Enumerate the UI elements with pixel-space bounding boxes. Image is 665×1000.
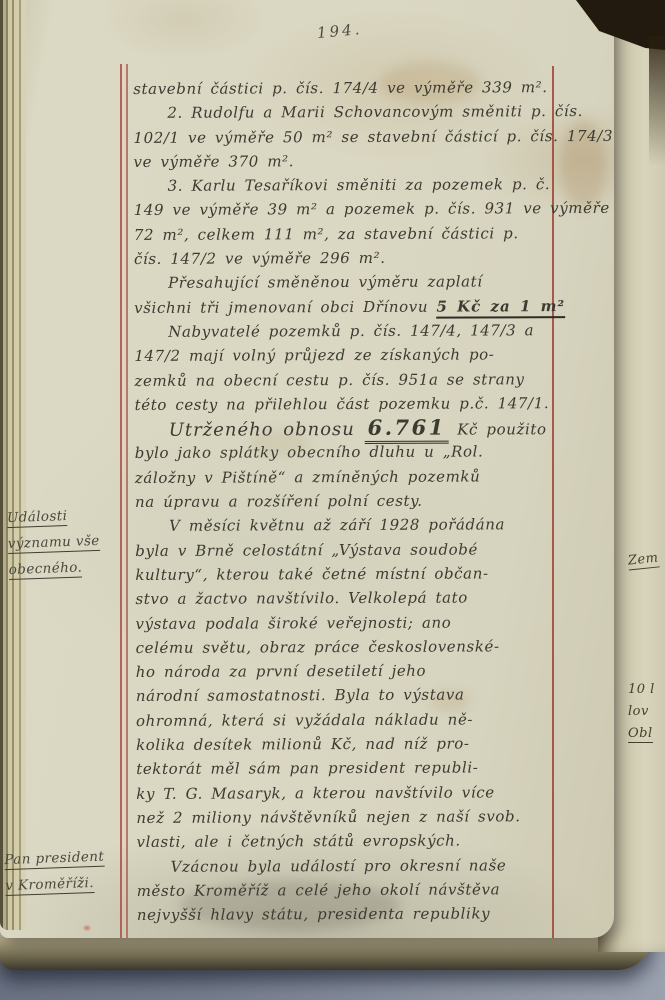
handwritten-text: bylo jako splátky obecního dluhu u „Rol. bbox=[135, 443, 484, 463]
handwritten-text: ho národa za první desetiletí jeho bbox=[136, 662, 427, 681]
neighbor-page-fragment: Obl bbox=[628, 726, 653, 743]
ink-speck bbox=[84, 926, 90, 930]
book-photo: Zem10 llovObl 194. Událostivýznamu všeob… bbox=[0, 0, 665, 1000]
text-line: této cesty na přilehlou část pozemku p.č… bbox=[135, 391, 571, 417]
page-number: 194. bbox=[316, 20, 363, 42]
handwritten-text: V měsíci květnu až září 1928 pořádána bbox=[169, 516, 505, 535]
margin-note-line: v Kroměříži. bbox=[5, 875, 94, 896]
text-line: zemků na obecní cestu p. čís. 951a se st… bbox=[134, 367, 570, 393]
text-line: byla v Brně celostátní „Výstava soudobé bbox=[135, 537, 571, 563]
handwritten-text: kultury“, kterou také četné místní občan… bbox=[135, 564, 488, 584]
margin-note-president: Pan presidentv Kroměříži. bbox=[4, 848, 124, 904]
text-line: Přesahující směněnou výměru zaplatí bbox=[134, 269, 570, 295]
text-line: Utrženého obnosu 6.761 Kč použito bbox=[135, 415, 571, 441]
handwritten-text: kolika desítek milionů Kč, nad níž pro- bbox=[136, 735, 470, 754]
handwritten-text: 72 m², celkem 111 m², za stavební částic… bbox=[134, 224, 519, 244]
text-line: 2. Rudolfu a Marii Schovancovým směniti … bbox=[133, 99, 569, 125]
body-text: stavební částici p. čís. 174/4 ve výměře… bbox=[133, 75, 573, 927]
chronicle-page: 194. Událostivýznamu všeobecného. Pan pr… bbox=[0, 0, 614, 938]
text-line: bylo jako splátky obecního dluhu u „Rol. bbox=[135, 440, 571, 466]
gutter-shadow bbox=[649, 36, 665, 166]
text-line: ohromná, která si vyžádala nákladu ně- bbox=[136, 707, 572, 733]
text-line: kultury“, kterou také četné místní občan… bbox=[135, 561, 571, 587]
handwritten-text: čís. 147/2 ve výměře 296 m². bbox=[134, 249, 386, 268]
text-line: ho národa za první desetiletí jeho bbox=[136, 658, 572, 684]
text-line: tektorát měl sám pan president republi- bbox=[136, 755, 572, 781]
margin-note-line: významu vše bbox=[8, 533, 100, 554]
margin-note-line: obecného. bbox=[8, 559, 82, 580]
handwritten-text: této cesty na přilehlou část pozemku p.č… bbox=[135, 394, 550, 414]
handwritten-text: 149 ve výměře 39 m² a pozemek p. čís. 93… bbox=[134, 199, 610, 219]
text-line: než 2 miliony návštěvníků nejen z naší s… bbox=[136, 804, 572, 830]
text-line: kolika desítek milionů Kč, nad níž pro- bbox=[136, 731, 572, 757]
handwritten-text: 2. Rudolfu a Marii Schovancovým směniti … bbox=[167, 102, 583, 122]
text-line: stavební částici p. čís. 174/4 ve výměře… bbox=[133, 75, 569, 101]
handwritten-text: než 2 miliony návštěvníků nejen z naší s… bbox=[136, 807, 520, 827]
page-stack-left-edge bbox=[0, 0, 30, 930]
handwritten-text: tektorát měl sám pan president republi- bbox=[136, 759, 478, 778]
emphasized-text: Utrženého obnosu bbox=[169, 419, 365, 441]
text-line: stvo a žactvo navštívilo. Velkolepá tato bbox=[135, 585, 571, 611]
handwritten-text: Přesahující směněnou výměru zaplatí bbox=[168, 273, 483, 292]
handwritten-text: 3. Karlu Tesaříkovi směniti za pozemek p… bbox=[168, 175, 551, 195]
text-line: všichni tři jmenovaní obci Dřínovu 5 Kč … bbox=[134, 294, 570, 320]
handwritten-text: ky T. G. Masaryk, a kterou navštívilo ví… bbox=[136, 783, 494, 803]
text-line: nejvyšší hlavy státu, presidenta republi… bbox=[137, 901, 573, 927]
text-line: 149 ve výměře 39 m² a pozemek p. čís. 93… bbox=[134, 197, 570, 223]
margin-rule-left-outer bbox=[120, 64, 122, 938]
handwritten-text: stvo a žactvo navštívilo. Velkolepá tato bbox=[135, 589, 468, 608]
margin-note-line: Pan president bbox=[4, 849, 104, 870]
text-line: 72 m², celkem 111 m², za stavební částic… bbox=[134, 221, 570, 247]
text-line: ky T. G. Masaryk, a kterou navštívilo ví… bbox=[136, 780, 572, 806]
handwritten-text: všichni tři jmenovaní obci Dřínovu bbox=[134, 297, 436, 316]
neighbor-page-fragment: lov bbox=[628, 704, 649, 719]
handwritten-text: na úpravu a rozšíření polní cesty. bbox=[135, 492, 423, 511]
text-line: 3. Karlu Tesaříkovi směniti za pozemek p… bbox=[134, 172, 570, 198]
text-line: celému světu, obraz práce československé… bbox=[136, 634, 572, 660]
handwritten-text: ohromná, která si vyžádala nákladu ně- bbox=[136, 710, 473, 729]
text-line: V měsíci květnu až září 1928 pořádána bbox=[135, 512, 571, 538]
handwritten-text: stavební částici p. čís. 174/4 ve výměře… bbox=[133, 78, 548, 98]
margin-note-line: Události bbox=[7, 508, 68, 528]
text-line: národní samostatnosti. Byla to výstava bbox=[136, 682, 572, 708]
handwritten-text: Vzácnou byla událostí pro okresní naše bbox=[171, 856, 507, 875]
handwritten-text: celému světu, obraz práce československé… bbox=[136, 637, 500, 657]
handwritten-text: 102/1 ve výměře 50 m² se stavební částic… bbox=[133, 126, 613, 146]
text-line: výstava podala široké veřejnosti; ano bbox=[135, 610, 571, 636]
handwritten-text: národní samostatnosti. Byla to výstava bbox=[136, 686, 465, 705]
handwritten-text: 147/2 mají volný průjezd ze získaných po… bbox=[134, 346, 494, 366]
handwritten-text: Nabyvatelé pozemků p. čís. 147/4, 147/3 … bbox=[168, 321, 534, 341]
handwritten-text: ve výměře 370 m². bbox=[133, 152, 294, 171]
handwritten-text: zemků na obecní cestu p. čís. 951a se st… bbox=[134, 370, 524, 390]
handwritten-text: nejvyšší hlavy státu, presidenta republi… bbox=[137, 904, 490, 924]
handwritten-text: výstava podala široké veřejnosti; ano bbox=[135, 613, 451, 632]
text-line: ve výměře 370 m². bbox=[133, 148, 569, 174]
text-line: Nabyvatelé pozemků p. čís. 147/4, 147/3 … bbox=[134, 318, 570, 344]
handwritten-text: záložny v Pištíně“ a zmíněných pozemků bbox=[135, 467, 481, 487]
text-line: záložny v Pištíně“ a zmíněných pozemků bbox=[135, 464, 571, 490]
handwritten-text: byla v Brně celostátní „Výstava soudobé bbox=[135, 540, 478, 559]
margin-rule-left-inner bbox=[126, 64, 128, 938]
neighbor-page-fragment: 10 l bbox=[628, 682, 655, 697]
text-line: město Kroměříž a celé jeho okolí návštěv… bbox=[137, 877, 573, 903]
handwritten-text: Kč použito bbox=[449, 420, 547, 438]
neighbor-page-fragment: Zem bbox=[627, 550, 659, 570]
text-line: vlasti, ale i četných států evropských. bbox=[136, 828, 572, 854]
emphasized-text: 5 Kč za 1 m² bbox=[436, 297, 565, 319]
text-line: čís. 147/2 ve výměře 296 m². bbox=[134, 245, 570, 271]
handwritten-text: město Kroměříž a celé jeho okolí návštěv… bbox=[137, 880, 500, 900]
text-line: Vzácnou byla událostí pro okresní naše bbox=[137, 853, 573, 879]
text-line: na úpravu a rozšíření polní cesty. bbox=[135, 488, 571, 514]
handwritten-text: vlasti, ale i četných států evropských. bbox=[136, 832, 460, 851]
margin-note-events: Událostivýznamu všeobecného. bbox=[7, 506, 128, 588]
text-line: 102/1 ve výměře 50 m² se stavební částic… bbox=[133, 124, 569, 150]
text-line: 147/2 mají volný průjezd ze získaných po… bbox=[134, 342, 570, 368]
